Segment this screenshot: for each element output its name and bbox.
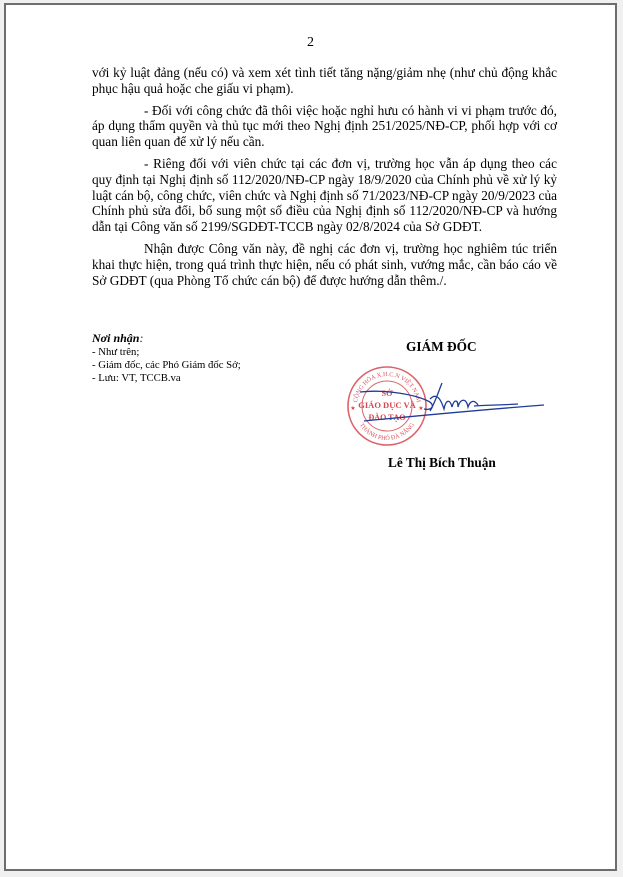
paragraph-2: - Đối với công chức đã thôi việc hoặc ng…: [92, 103, 557, 150]
document-page: 2 với kỷ luật đảng (nếu có) và xem xét t…: [4, 3, 617, 871]
paragraph-4: Nhận được Công văn này, đề nghị các đơn …: [92, 241, 557, 288]
signature-icon: [346, 359, 546, 459]
signer-title: GIÁM ĐỐC: [406, 339, 477, 355]
recipients-title: Nơi nhận:: [92, 332, 241, 345]
recipient-item: - Như trên;: [92, 346, 241, 359]
paragraph-3: - Riêng đối với viên chức tại các đơn vị…: [92, 156, 557, 235]
recipient-item: - Giám đốc, các Phó Giám đốc Sở;: [92, 359, 241, 372]
recipient-item: - Lưu: VT, TCCB.va: [92, 372, 241, 385]
signer-name: Lê Thị Bích Thuận: [388, 455, 496, 471]
paragraph-1: với kỷ luật đảng (nếu có) và xem xét tìn…: [92, 65, 557, 97]
document-body: với kỷ luật đảng (nếu có) và xem xét tìn…: [92, 65, 557, 294]
recipients-block: Nơi nhận: - Như trên; - Giám đốc, các Ph…: [92, 332, 241, 385]
recipients-title-colon: :: [139, 331, 143, 345]
page-number: 2: [6, 35, 615, 51]
recipients-title-text: Nơi nhận: [92, 331, 139, 345]
